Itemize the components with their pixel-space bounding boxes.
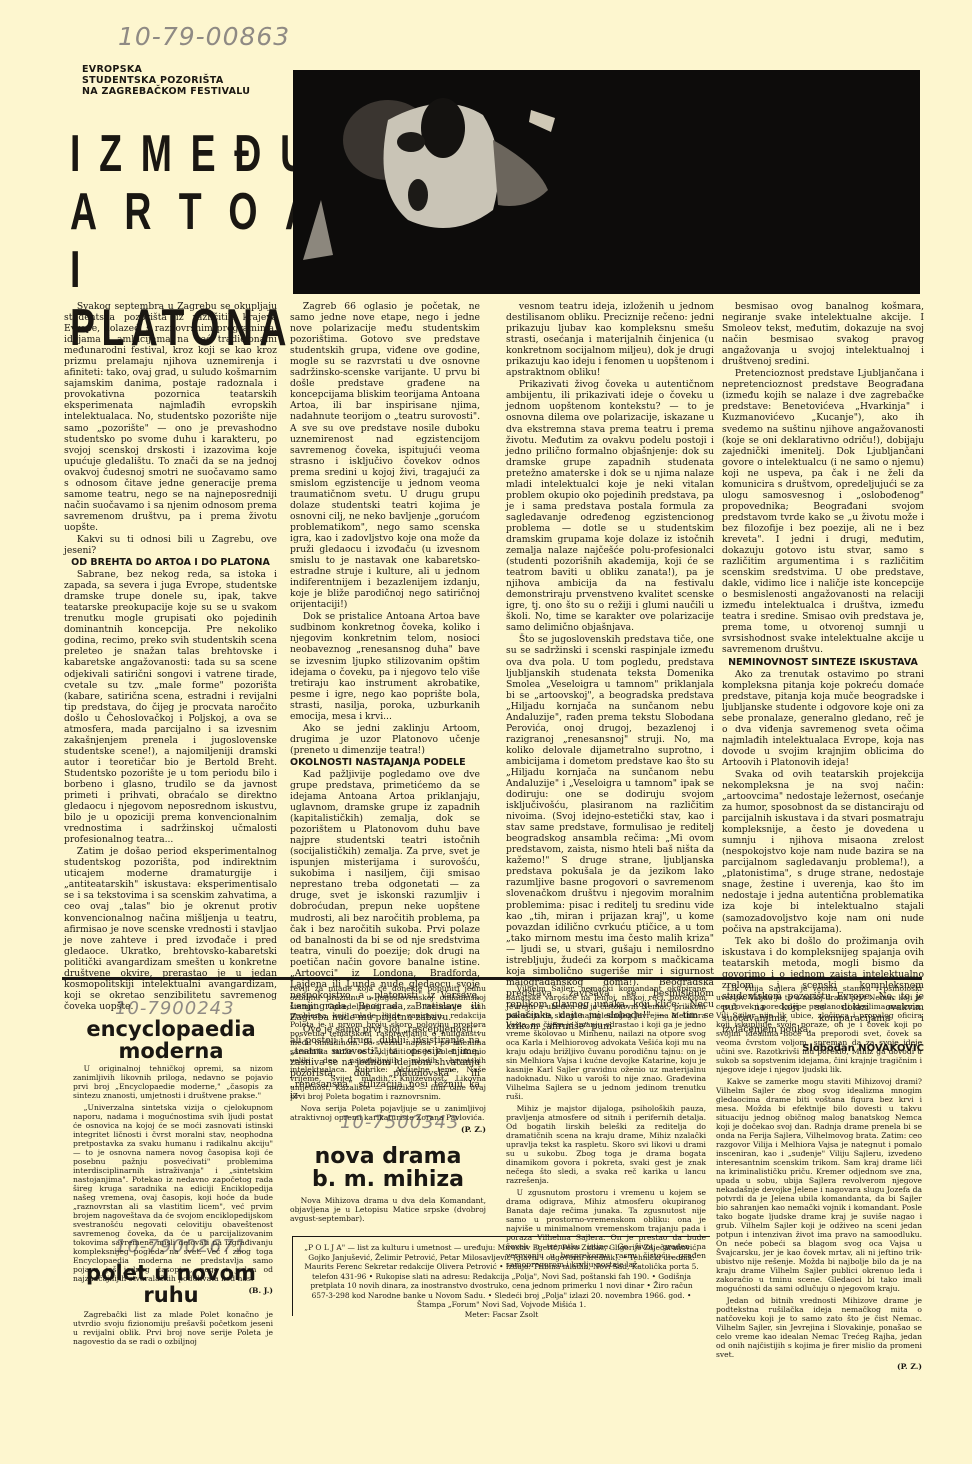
paragraph: Prikazivati živog čoveka u autentičnom a… [506,379,714,633]
encyclopaedia-title-line: encyclopaedia [64,1018,278,1040]
paragraph: U originalnoj tehničkoj opremi, sa nizom… [73,1064,273,1100]
paragraph: Dok se pristalice Antoana Artoa bave sud… [290,611,480,721]
signature: (P. Z.) [290,1125,486,1134]
impressum-box: „P O L J A" — list za kulturu i umetnost… [292,1236,710,1316]
headline-line: IZMEĐU [70,125,279,183]
article-photo [293,70,920,294]
paragraph: Lik Vilija Sajlera je veoma stamen i psi… [716,984,922,1074]
mihiz-intro: Nova Mihizova drama u dva dela Komandant… [290,1196,486,1223]
paragraph: besmisao ovog banalnog košmara, negiranj… [722,301,924,367]
paragraph: Svaka od ovih teatarskih projekcija neko… [722,769,924,935]
kicker-line: STUDENTSKA POZORIŠTA [82,75,302,86]
paragraph: Pretencioznost predstave Ljubljančana i … [722,368,924,655]
impressum-text: „P O L J A" — list za kulturu i umetnost… [301,1243,702,1310]
kicker-line: EVROPSKA [82,64,302,75]
mihiz-body-col2: Lik Vilija Sajlera je veoma stamen i psi… [716,984,922,1371]
paragraph: Ako se jedni zaklinju Artoom, drugima je… [290,723,480,756]
impressum-meter: Meter: Facsar Zsolt [301,1310,702,1320]
section-divider [62,977,922,980]
paragraph: Sabrane, bez nekog reda, sa istoka i zap… [64,569,277,845]
headline-line: ARTOA [70,183,279,241]
article-column-4: besmisao ovog banalnog košmara, negiranj… [722,301,924,1054]
paragraph: reviji za mlade koja će donekle popuniti… [290,984,486,1101]
paragraph: Zagreb 66 oglasio je početak, ne samo je… [290,301,480,610]
kicker-line: NA ZAGREBAČKOM FESTIVALU [82,86,302,97]
article-column-2: Zagreb 66 oglasio je početak, ne samo je… [290,301,480,1101]
polet-body-start: Zagrebački list za mlade Polet konačno j… [73,1310,273,1346]
photo-face-image [293,70,920,294]
paragraph: Zatim je došao period eksperimentalnog s… [64,846,277,1012]
mihiz-title: nova drama b. m. mihiza [290,1145,486,1191]
polet-title-line: ruhu [64,1284,278,1306]
paragraph: vesnom teatru ideja, izloženih u jednom … [506,301,714,378]
section-subhead: NEMINOVNOST SINTEZE ISKUSTAVA [722,657,924,668]
paragraph: Kakve se zamerke mogu staviti Mihizovoj … [716,1077,922,1293]
article-column-3: vesnom teatru ideja, izloženih u jednom … [506,301,714,1032]
mihiz-body-col1: Vilhelm Sajler, nemački komandant okupir… [506,984,706,1269]
polet-body-continued: reviji za mlade koja će donekle popuniti… [290,984,486,1134]
kicker: EVROPSKA STUDENTSKA POZORIŠTA NA ZAGREBA… [82,64,302,97]
polet-title-line: polet u novom [64,1262,278,1284]
mihiz-title-line: nova drama [290,1145,486,1168]
paragraph: Ako za trenutak ostavimo po strani kompl… [722,669,924,768]
archive-mark-top: 10-79-00863 [118,22,290,51]
section-subhead: OKOLNOSTI NASTAJANJA PODELE [290,757,480,768]
encyclopaedia-title: encyclopaedia moderna [64,1018,278,1062]
polet-title: polet u novom ruhu [64,1262,278,1306]
paragraph: Vilhelm Sajler, nemački komandant okupir… [506,984,706,1101]
paragraph: Jedan od bitnih vrednosti Mihizove drame… [716,1296,922,1359]
paragraph: Što se jugoslovenskih predstava tiče, on… [506,634,714,1032]
paragraph: Kakvi su ti odnosi bili u Zagrebu, ove j… [64,534,277,556]
encyclopaedia-title-line: moderna [64,1040,278,1062]
paragraph: Mihiz je majstor dijaloga, psiholoških p… [506,1104,706,1185]
paragraph: Svakog septembra u Zagrebu se okupljaju … [64,301,277,533]
paragraph: Nova serija Poleta pojavljuje se u zanim… [290,1104,486,1122]
section-subhead: OD BREHTA DO ARTOA I DO PLATONA [64,557,277,568]
mihiz-title-line: b. m. mihiza [290,1168,486,1191]
paragraph: Nova Mihizova drama u dva dela Komandant… [290,1196,486,1223]
signature: (P. Z.) [716,1362,922,1371]
article-column-1: Svakog septembra u Zagrebu se okupljaju … [64,301,277,1012]
paragraph: „Univerzalna sintetska vizija o cjelokup… [73,1103,273,1283]
paragraph: Zagrebački list za mlade Polet konačno j… [73,1310,273,1346]
